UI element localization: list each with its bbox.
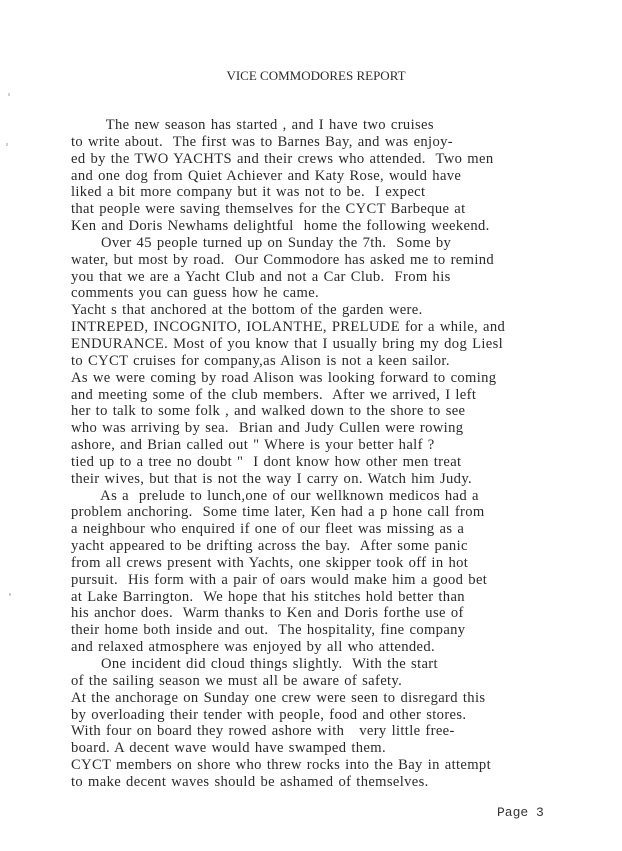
text-line: Ken and Doris Newhams delightful home th… [71, 218, 611, 235]
report-body: The new season has started , and I have … [71, 117, 611, 791]
text-line: to write about. The first was to Barnes … [71, 134, 611, 151]
text-line: One incident did cloud things slightly. … [71, 656, 611, 673]
text-line: and meeting some of the club members. Af… [71, 387, 611, 404]
report-title: VICE COMMODORES REPORT [0, 68, 622, 84]
text-line: his anchor does. Warm thanks to Ken and … [71, 605, 611, 622]
scan-speck [6, 143, 8, 146]
text-line: Yacht s that anchored at the bottom of t… [71, 302, 611, 319]
text-line: problem anchoring. Some time later, Ken … [71, 504, 611, 521]
text-line: a neighbour who enquired if one of our f… [71, 521, 611, 538]
text-line: CYCT members on shore who threw rocks in… [71, 757, 611, 774]
document-page: VICE COMMODORES REPORT The new season ha… [0, 0, 622, 851]
text-line: The new season has started , and I have … [71, 117, 611, 134]
text-line: comments you can guess how he came. [71, 285, 611, 302]
text-line: and one dog from Quiet Achiever and Katy… [71, 168, 611, 185]
text-line: water, but most by road. Our Commodore h… [71, 252, 611, 269]
text-line: ENDURANCE. Most of you know that I usual… [71, 336, 611, 353]
text-line: who was arriving by sea. Brian and Judy … [71, 420, 611, 437]
text-line: by overloading their tender with people,… [71, 707, 611, 724]
text-line: you that we are a Yacht Club and not a C… [71, 269, 611, 286]
text-line: ed by the TWO YACHTS and their crews who… [71, 151, 611, 168]
text-line: With four on board they rowed ashore wit… [71, 723, 611, 740]
text-line: Over 45 people turned up on Sunday the 7… [71, 235, 611, 252]
text-line: At the anchorage on Sunday one crew were… [71, 690, 611, 707]
text-line: and relaxed atmosphere was enjoyed by al… [71, 639, 611, 656]
text-line: their wives, but that is not the way I c… [71, 471, 611, 488]
text-line: their home both inside and out. The hosp… [71, 622, 611, 639]
text-line: INTREPED, INCOGNITO, IOLANTHE, PRELUDE f… [71, 319, 611, 336]
text-line: pursuit. His form with a pair of oars wo… [71, 572, 611, 589]
text-line: yacht appeared to be drifting across the… [71, 538, 611, 555]
text-line: that people were saving themselves for t… [71, 201, 611, 218]
text-line: from all crews present with Yachts, one … [71, 555, 611, 572]
scan-speck [9, 593, 11, 596]
text-line: ashore, and Brian called out " Where is … [71, 437, 611, 454]
text-line: tied up to a tree no doubt " I dont know… [71, 454, 611, 471]
text-line: at Lake Barrington. We hope that his sti… [71, 589, 611, 606]
text-line: board. A decent wave would have swamped … [71, 740, 611, 757]
text-line: to make decent waves should be ashamed o… [71, 774, 611, 791]
text-line: of the sailing season we must all be awa… [71, 673, 611, 690]
text-line: her to talk to some folk , and walked do… [71, 403, 611, 420]
scan-speck [8, 93, 10, 96]
page-number: Page 3 [497, 805, 544, 820]
text-line: As a prelude to lunch,one of our wellkno… [71, 488, 611, 505]
text-line: As we were coming by road Alison was loo… [71, 370, 611, 387]
text-line: to CYCT cruises for company,as Alison is… [71, 353, 611, 370]
text-line: liked a bit more company but it was not … [71, 184, 611, 201]
